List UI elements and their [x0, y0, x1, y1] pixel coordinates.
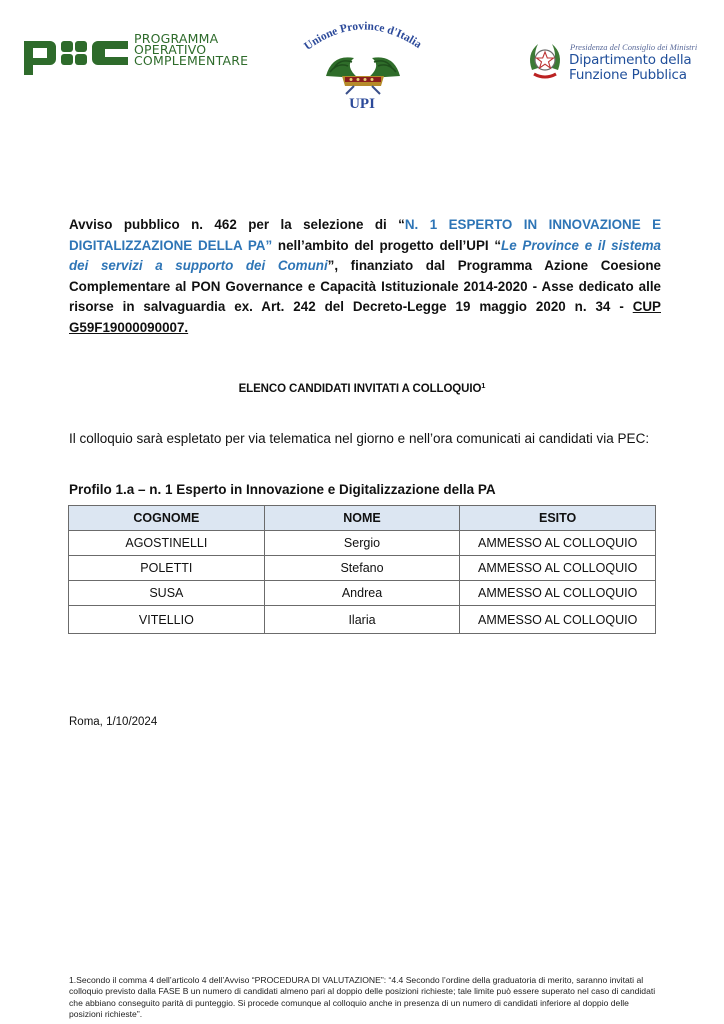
- poc-logo-mark-icon: [22, 33, 130, 77]
- cell-esito: AMMESSO AL COLLOQUIO: [460, 556, 656, 581]
- cell-esito: AMMESSO AL COLLOQUIO: [460, 581, 656, 606]
- dfp-subtitle: Presidenza del Consiglio dei Ministri: [570, 42, 697, 52]
- crown-with-olive-branches-icon: [318, 44, 408, 96]
- cell-cognome: POLETTI: [69, 556, 265, 581]
- cell-esito: AMMESSO AL COLLOQUIO: [460, 531, 656, 556]
- section-title: ELENCO CANDIDATI INVITATI A COLLOQUIO1: [0, 381, 724, 395]
- document-date: Roma, 1/10/2024: [69, 716, 157, 728]
- header-nome: NOME: [264, 506, 460, 531]
- notice-intro: Avviso pubblico n. 462 per la selezione …: [69, 215, 661, 339]
- header-cognome: COGNOME: [69, 506, 265, 531]
- footnote: 1.Secondo il comma 4 dell’articolo 4 del…: [69, 975, 661, 1020]
- cell-nome: Sergio: [264, 531, 460, 556]
- table-row: POLETTI Stefano AMMESSO AL COLLOQUIO: [69, 556, 656, 581]
- footnote-ref[interactable]: 1: [481, 381, 485, 390]
- cell-cognome: VITELLIO: [69, 606, 265, 634]
- dfp-title: Dipartimento della Funzione Pubblica: [569, 53, 692, 83]
- dfp-title-line-1: Dipartimento della: [569, 53, 692, 68]
- cell-nome: Stefano: [264, 556, 460, 581]
- cell-cognome: AGOSTINELLI: [69, 531, 265, 556]
- section-title-text: ELENCO CANDIDATI INVITATI A COLLOQUIO: [239, 383, 482, 395]
- header-esito: ESITO: [460, 506, 656, 531]
- table-row: VITELLIO Ilaria AMMESSO AL COLLOQUIO: [69, 606, 656, 634]
- table-row: SUSA Andrea AMMESSO AL COLLOQUIO: [69, 581, 656, 606]
- cell-esito: AMMESSO AL COLLOQUIO: [460, 606, 656, 634]
- interview-paragraph: Il colloquio sarà espletato per via tele…: [69, 431, 649, 446]
- intro-part-2: nell’ambito del progetto dell’UPI “: [272, 238, 501, 253]
- italian-republic-emblem-icon: [526, 40, 564, 84]
- dfp-title-line-2: Funzione Pubblica: [569, 68, 692, 83]
- profile-title: Profilo 1.a – n. 1 Esperto in Innovazion…: [69, 482, 496, 497]
- poc-line-3: COMPLEMENTARE: [134, 55, 248, 66]
- poc-logo-text: PROGRAMMA OPERATIVO COMPLEMENTARE: [134, 33, 248, 66]
- table-header-row: COGNOME NOME ESITO: [69, 506, 656, 531]
- poc-logo: PROGRAMMA OPERATIVO COMPLEMENTARE: [22, 33, 252, 81]
- cell-cognome: SUSA: [69, 581, 265, 606]
- cell-nome: Ilaria: [264, 606, 460, 634]
- intro-part-1: Avviso pubblico n. 462 per la selezione …: [69, 217, 405, 232]
- candidates-table: COGNOME NOME ESITO AGOSTINELLI Sergio AM…: [68, 505, 656, 634]
- cell-nome: Andrea: [264, 581, 460, 606]
- upi-label: UPI: [300, 96, 424, 113]
- dfp-logo: Presidenza del Consiglio dei Ministri Di…: [526, 40, 706, 90]
- upi-logo: Unione Province d'Italia UPI: [300, 14, 424, 119]
- table-row: AGOSTINELLI Sergio AMMESSO AL COLLOQUIO: [69, 531, 656, 556]
